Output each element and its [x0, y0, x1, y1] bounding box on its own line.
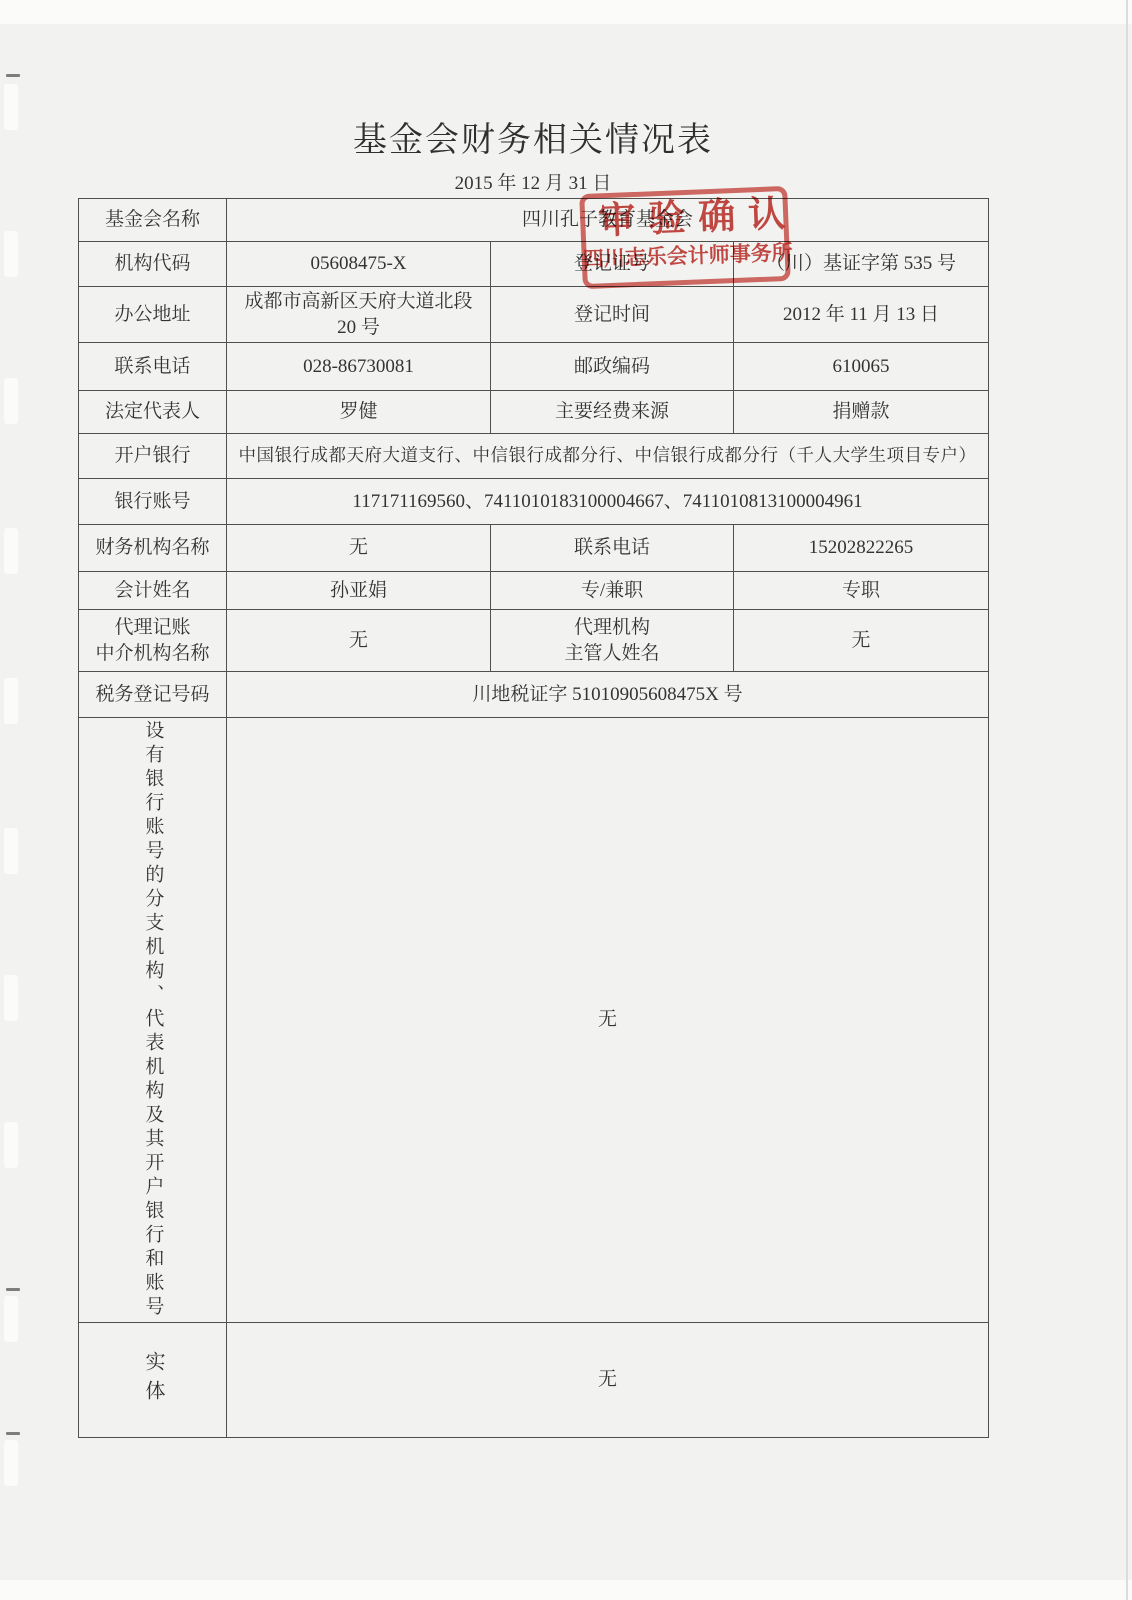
opening-bank-label: 开户银行 — [79, 434, 227, 479]
accountant-name-label: 会计姓名 — [79, 572, 227, 610]
punch-hole — [4, 1296, 18, 1342]
punch-hole — [4, 84, 18, 130]
foundation-name-value: 四川孔子教育基金会 — [227, 199, 989, 242]
agency-manager-value: 无 — [734, 610, 989, 672]
table-row: 银行账号 117171169560、7411010183100004667、74… — [79, 479, 989, 525]
entity-value: 无 — [227, 1323, 989, 1438]
tax-registration-label: 税务登记号码 — [79, 672, 227, 718]
punch-hole — [4, 1122, 18, 1168]
table-row: 开户银行 中国银行成都天府大道支行、中信银行成都分行、中信银行成都分行（千人大学… — [79, 434, 989, 479]
legal-rep-label: 法定代表人 — [79, 391, 227, 434]
contact-phone-label: 联系电话 — [79, 343, 227, 391]
punch-hole — [4, 975, 18, 1021]
punch-mark — [6, 1432, 20, 1435]
table-row: 会计姓名 孙亚娟 专/兼职 专职 — [79, 572, 989, 610]
foundation-finance-table: 基金会名称 四川孔子教育基金会 机构代码 05608475-X 登记证号 （川）… — [78, 198, 989, 1438]
finance-phone-label: 联系电话 — [491, 525, 734, 572]
registration-no-value: （川）基证字第 535 号 — [734, 242, 989, 287]
table-row: 税务登记号码 川地税证字 51010905608475X 号 — [79, 672, 989, 718]
accountant-name-value: 孙亚娟 — [227, 572, 491, 610]
page-date: 2015 年 12 月 31 日 — [78, 168, 988, 195]
punch-hole — [4, 678, 18, 724]
scan-edge-bottom — [0, 1580, 1132, 1600]
finance-phone-value: 15202822265 — [734, 525, 989, 572]
branch-orgs-value: 无 — [227, 718, 989, 1323]
agency-manager-label: 代理机构 主管人姓名 — [491, 610, 734, 672]
table-row: 实体 无 — [79, 1323, 989, 1438]
punch-mark — [6, 1288, 20, 1291]
bookkeeping-agency-value: 无 — [227, 610, 491, 672]
fulltime-parttime-label: 专/兼职 — [491, 572, 734, 610]
punch-hole — [4, 378, 18, 424]
scan-edge-top — [0, 0, 1132, 24]
table-row: 设有银行账号的分支机构、代表机构及其开户银行和账号 无 — [79, 718, 989, 1323]
tax-registration-value: 川地税证字 51010905608475X 号 — [227, 672, 989, 718]
entity-label: 实体 — [79, 1323, 227, 1438]
punch-hole — [4, 1440, 18, 1486]
branch-orgs-label: 设有银行账号的分支机构、代表机构及其开户银行和账号 — [79, 718, 227, 1323]
office-address-value: 成都市高新区天府大道北段 20 号 — [227, 287, 491, 343]
registration-no-label: 登记证号 — [491, 242, 734, 287]
table-row: 机构代码 05608475-X 登记证号 （川）基证字第 535 号 — [79, 242, 989, 287]
opening-bank-value: 中国银行成都天府大道支行、中信银行成都分行、中信银行成都分行（千人大学生项目专户… — [227, 434, 989, 479]
contact-phone-value: 028-86730081 — [227, 343, 491, 391]
foundation-name-label: 基金会名称 — [79, 199, 227, 242]
registration-date-label: 登记时间 — [491, 287, 734, 343]
table-row: 财务机构名称 无 联系电话 15202822265 — [79, 525, 989, 572]
punch-hole — [4, 528, 18, 574]
funding-source-value: 捐赠款 — [734, 391, 989, 434]
office-address-label: 办公地址 — [79, 287, 227, 343]
bank-account-label: 银行账号 — [79, 479, 227, 525]
finance-org-value: 无 — [227, 525, 491, 572]
punch-hole — [4, 231, 18, 277]
table-row: 办公地址 成都市高新区天府大道北段 20 号 登记时间 2012 年 11 月 … — [79, 287, 989, 343]
bank-account-value: 117171169560、7411010183100004667、7411010… — [227, 479, 989, 525]
bookkeeping-agency-label: 代理记账 中介机构名称 — [79, 610, 227, 672]
punch-mark — [6, 74, 20, 77]
table-row: 联系电话 028-86730081 邮政编码 610065 — [79, 343, 989, 391]
scan-edge-right — [1126, 0, 1128, 1600]
postal-code-label: 邮政编码 — [491, 343, 734, 391]
funding-source-label: 主要经费来源 — [491, 391, 734, 434]
table-row: 基金会名称 四川孔子教育基金会 — [79, 199, 989, 242]
org-code-value: 05608475-X — [227, 242, 491, 287]
punch-hole — [4, 828, 18, 874]
table-row: 代理记账 中介机构名称 无 代理机构 主管人姓名 无 — [79, 610, 989, 672]
fulltime-parttime-value: 专职 — [734, 572, 989, 610]
finance-org-label: 财务机构名称 — [79, 525, 227, 572]
org-code-label: 机构代码 — [79, 242, 227, 287]
postal-code-value: 610065 — [734, 343, 989, 391]
registration-date-value: 2012 年 11 月 13 日 — [734, 287, 989, 343]
legal-rep-value: 罗健 — [227, 391, 491, 434]
table-row: 法定代表人 罗健 主要经费来源 捐赠款 — [79, 391, 989, 434]
page-title: 基金会财务相关情况表 — [78, 112, 988, 161]
scanned-page: 基金会财务相关情况表 2015 年 12 月 31 日 基金会名称 四川孔子教育… — [0, 0, 1132, 1600]
